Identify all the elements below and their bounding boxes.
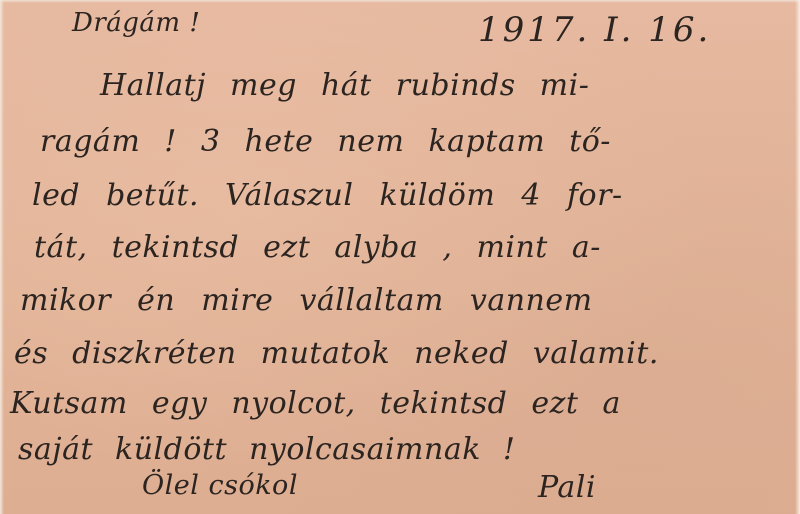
paper-edge-top — [0, 0, 800, 3]
body-line: Kutsam egy nyolcot, tekintsd ezt a — [10, 386, 621, 421]
body-line: Hallatj meg hát rubinds mi- — [100, 68, 589, 103]
body-line: mikor én mire vállaltam vannem — [20, 283, 593, 318]
paper-edge-left — [0, 0, 4, 514]
postcard: Drágám ! 1917. I. 16. Hallatj meg hát ru… — [0, 0, 800, 514]
body-line: led betűt. Válaszul küldöm 4 for- — [32, 178, 623, 213]
greeting: Drágám ! — [72, 8, 200, 38]
date: 1917. I. 16. — [478, 10, 711, 50]
body-line: tát, tekintsd ezt alyba , mint a- — [34, 230, 601, 265]
body-line: saját küldött nyolcasaimnak ! — [18, 432, 515, 467]
paper-edge-right — [795, 0, 800, 514]
signature: Pali — [538, 470, 596, 505]
closing: Ölel csókol — [142, 470, 298, 501]
body-line: ragám ! 3 hete nem kaptam tő- — [40, 124, 611, 159]
body-line: és diszkréten mutatok neked valamit. — [14, 336, 659, 371]
